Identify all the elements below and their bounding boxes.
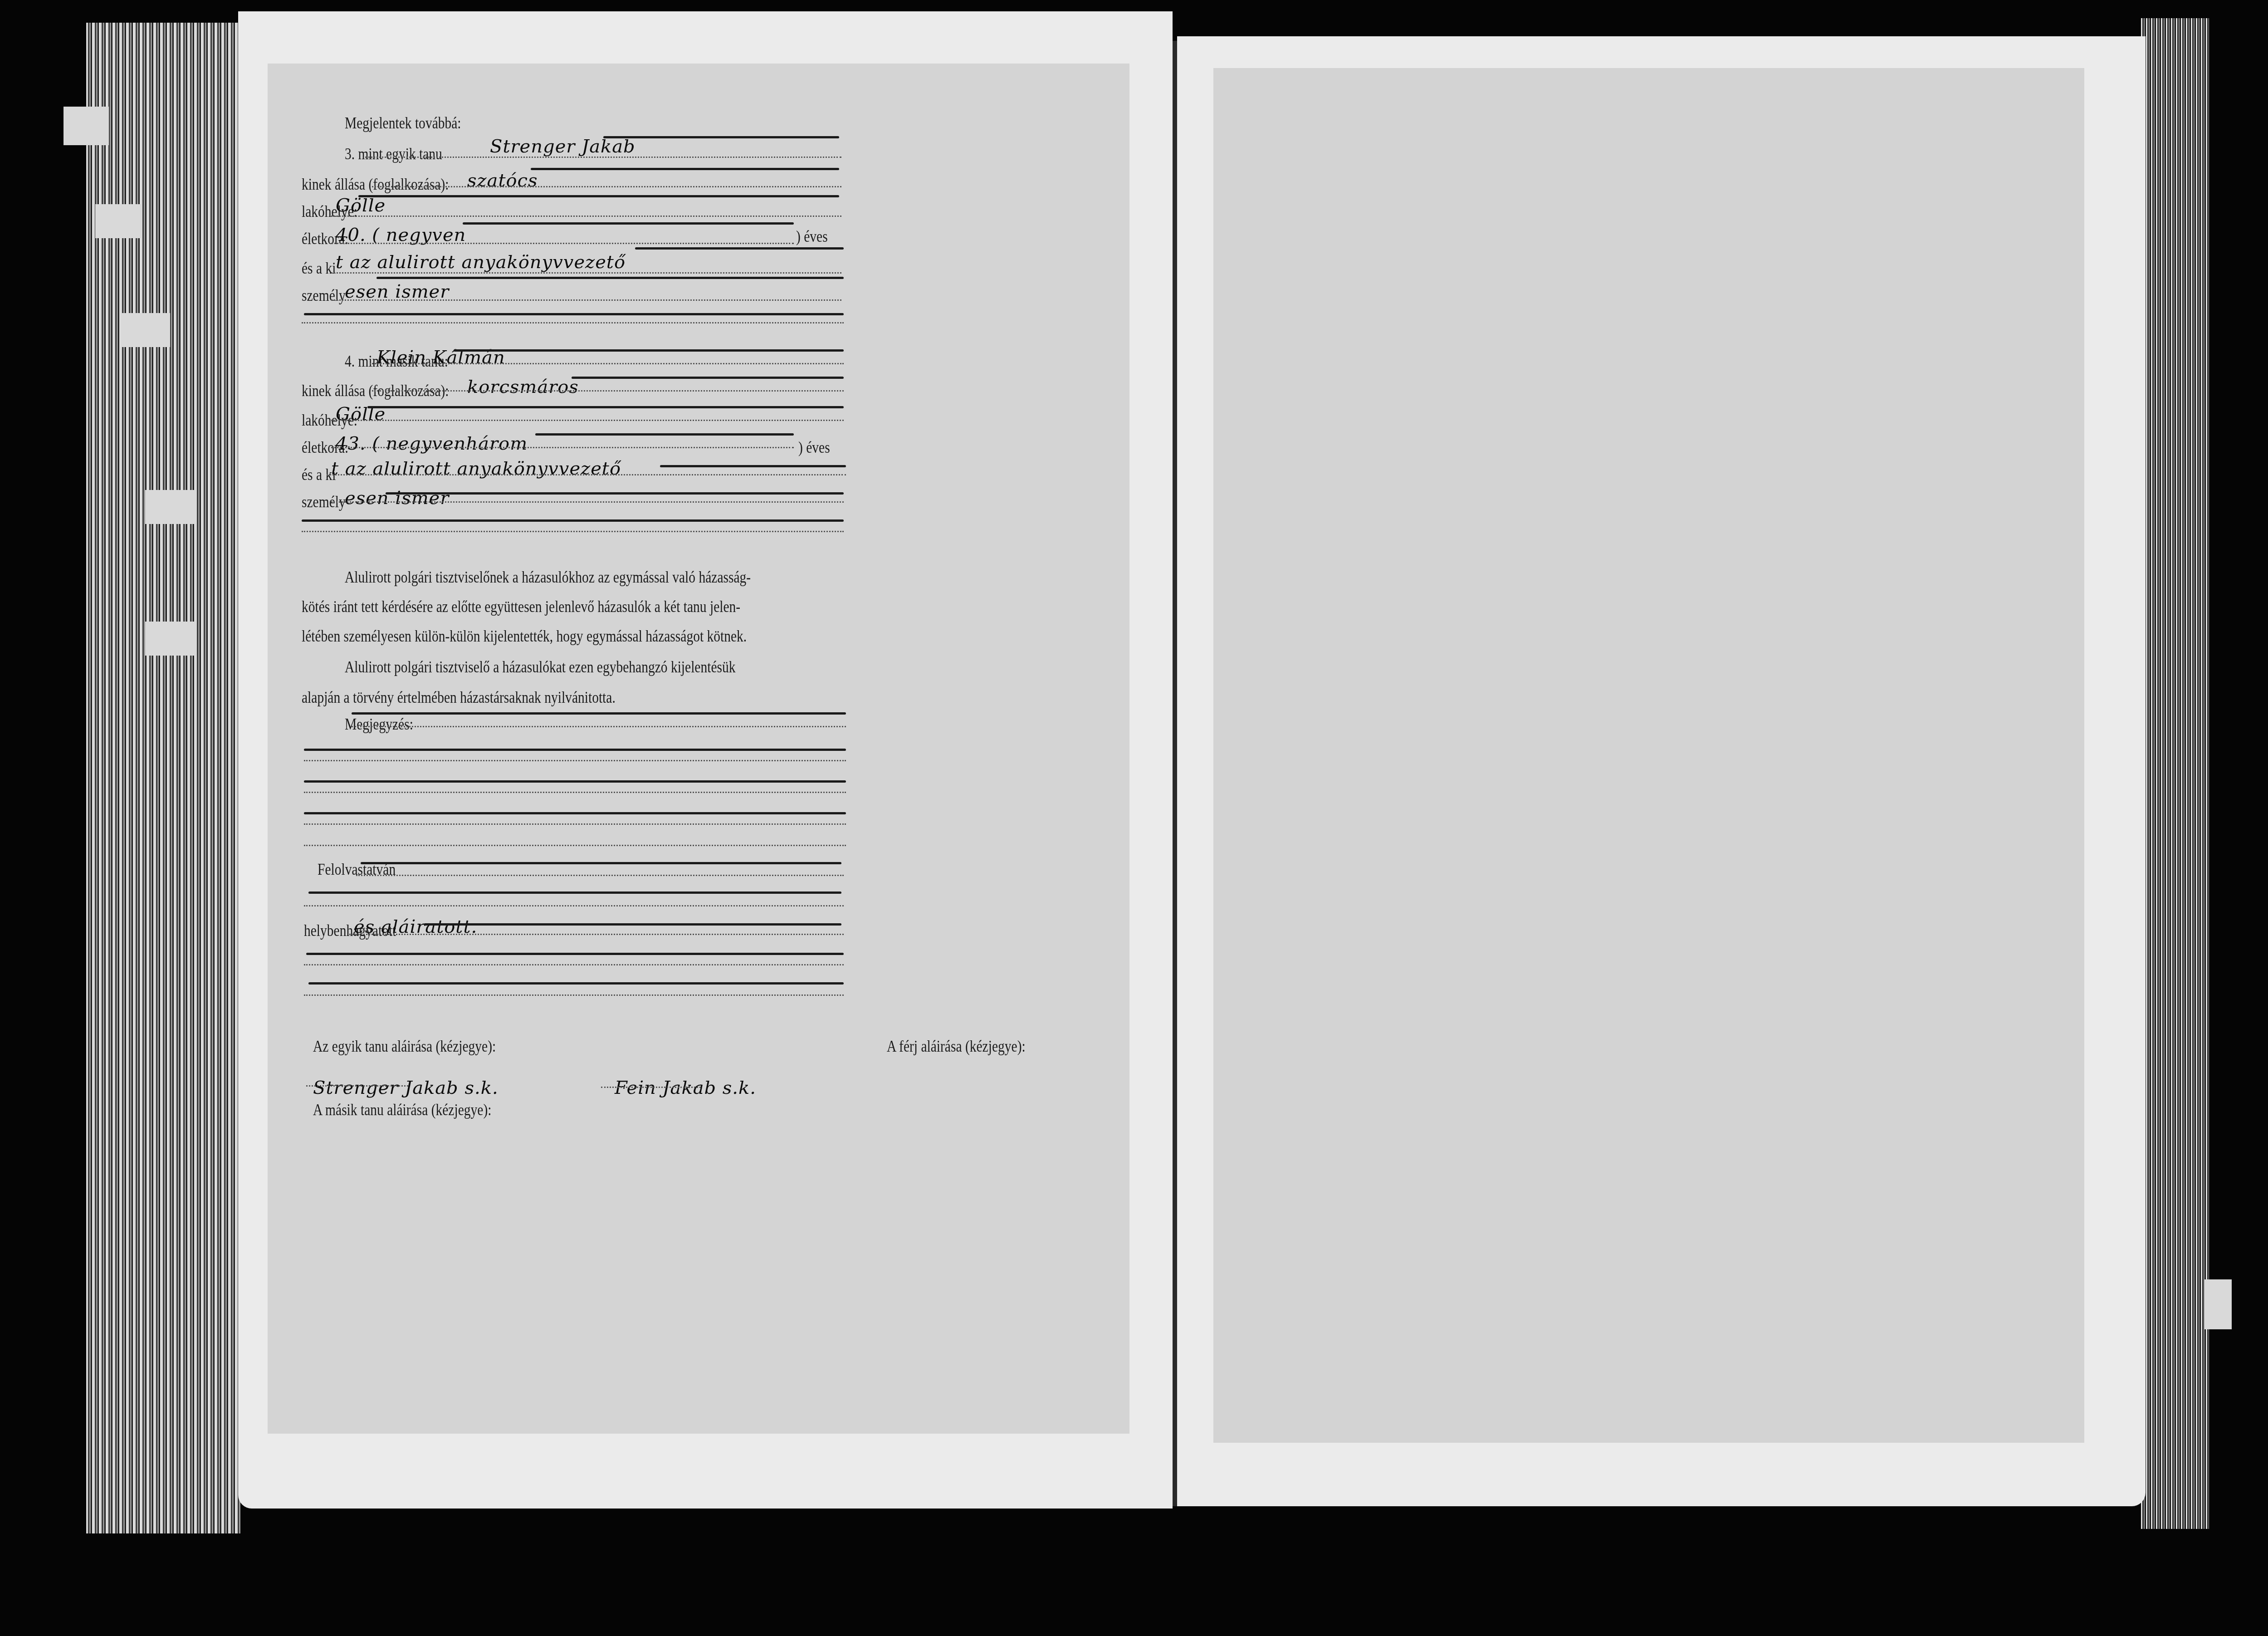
dotted-rule [356,875,844,876]
husband-signature: Fein Jakab s.k. [615,1078,756,1098]
witness3-person-label: személy [302,286,346,305]
rule [304,780,846,783]
rule [603,136,839,138]
dotted-rule [365,157,841,158]
index-tab [145,490,195,524]
rule [454,349,844,352]
witness4-occupation: korcsmáros [467,377,579,397]
witness1-signature-label: Az egyik tanu aláirása (kézjegye): [313,1037,496,1056]
dotted-rule [352,726,846,727]
dotted-rule [304,823,846,825]
index-tab [2204,1279,2232,1329]
rule [535,433,794,436]
dotted-rule [349,934,844,935]
dotted-rule [372,186,841,187]
age-suffix: ) éves [796,227,828,246]
dotted-rule [304,760,846,761]
witness2-signature-label: A másik tanu aláirása (kézjegye): [313,1100,491,1119]
dotted-rule [302,322,844,323]
dotted-rule [304,845,846,846]
dotted-rule [331,501,844,503]
rule [531,168,839,170]
rule [358,195,839,197]
dotted-rule [331,447,794,448]
intro-label: Megjelentek továbbá: [345,113,461,132]
dotted-rule [601,1087,701,1088]
rule [376,277,844,279]
dotted-rule [331,299,841,301]
witness3-name: Strenger Jakab [490,136,635,157]
dotted-rule [302,531,844,532]
dotted-rule [331,216,841,217]
rule [308,891,841,894]
rule [572,377,844,379]
dotted-rule [331,272,841,274]
witness3-known-label: és a ki [302,259,336,278]
rule [424,923,841,926]
dotted-rule [327,474,846,475]
dotted-rule [306,1085,408,1087]
index-tab [64,107,109,145]
index-tab [145,622,195,656]
witness4-known: t az alulirott anyakönyvvezető [331,458,621,479]
dotted-rule [370,363,844,364]
rule [308,982,844,985]
dotted-rule [331,420,844,421]
dotted-rule [331,243,794,244]
dotted-rule [372,390,844,392]
witness3-known: t az alulirott anyakönyvvezető [336,252,626,273]
rule [352,712,846,715]
rule [660,465,846,467]
declaration-paragraph: Alulirott polgári tisztviselőnek a házas… [302,563,846,712]
witness3-label: 3. mint egyik tanu [345,144,442,163]
right-page-stack [2141,18,2209,1529]
age-suffix: ) éves [798,438,830,457]
witness3-occupation-label: kinek állása (foglalkozása): [302,175,449,194]
dotted-rule [304,964,844,965]
dotted-rule [304,792,846,793]
rule [306,953,844,955]
witness1-signature: Strenger Jakab s.k. [313,1078,499,1098]
rule [304,313,844,315]
dotted-rule [304,994,844,996]
witness3-occupation: szatócs [467,170,538,191]
index-tab [120,313,170,347]
book-gutter [1173,41,1177,1506]
rule [635,247,844,250]
rule [367,406,844,408]
rule [302,519,844,522]
husband-signature-label: A férj aláirása (kézjegye): [887,1037,1026,1056]
rule [304,749,846,751]
dotted-rule [304,905,844,906]
index-tab [95,204,141,238]
left-page-stack [86,23,240,1533]
witness4-person: esen ismer [345,488,449,509]
witness4-age: 43. ( negyvenhárom [336,433,528,454]
rule [463,222,794,225]
rule [361,862,841,864]
right-page-form [1213,68,2084,1443]
witness3-residence: Gölle [336,195,386,216]
rule [304,812,846,814]
remarks-label: Megjegyzés: [345,715,413,734]
rule [386,492,844,495]
